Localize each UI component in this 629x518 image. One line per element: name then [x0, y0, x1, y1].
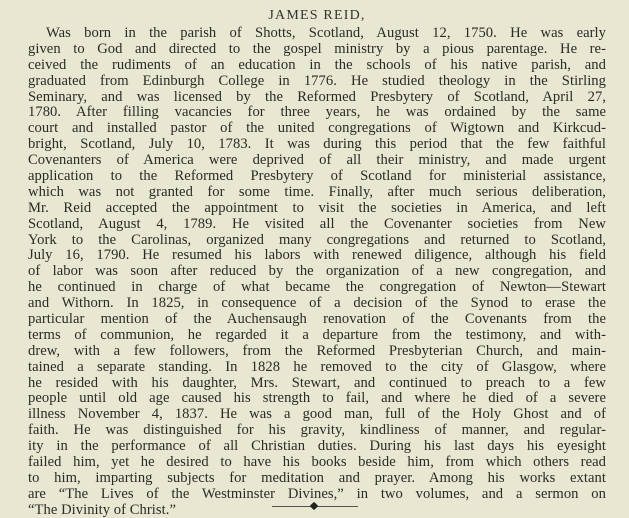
text-line: Covenanters of America were deprived of …: [28, 153, 606, 169]
text-line: 1780. After filling vacancies for three …: [28, 105, 606, 121]
text-line: ceived the rudiments of an education in …: [28, 58, 606, 74]
text-line: July 16, 1790. He resumed his labors wit…: [28, 248, 606, 264]
text-line: faith. He was distinguished for his grav…: [28, 423, 606, 439]
text-line: drew, with a few followers, from the Ref…: [28, 344, 606, 360]
section-divider-ornament: [272, 503, 358, 509]
text-line: particular mention of the Auchensaugh re…: [28, 312, 606, 328]
entry-title: JAMES REID,: [28, 0, 606, 26]
text-line: and Withorn. In 1825, in consequence of …: [28, 296, 606, 312]
text-line: court and installed pastor of the united…: [28, 121, 606, 137]
text-line: bright, Scotland, July 10, 1783. It was …: [28, 137, 606, 153]
text-line: York to the Carolinas, organized many co…: [28, 233, 606, 249]
text-line: Scotland, August 4, 1789. He visited all…: [28, 217, 606, 233]
diamond-icon: [310, 502, 318, 510]
text-line: Seminary, and was licensed by the Reform…: [28, 90, 606, 106]
text-line: graduated from Edinburgh College in 1776…: [28, 74, 606, 90]
text-line: illness November 4, 1837. He was a good …: [28, 407, 606, 423]
text-line: ity in the performance of all Christian …: [28, 439, 606, 455]
text-line: failed him, yet he desired to have his b…: [28, 455, 606, 471]
text-line: Mr. Reid accepted the appointment to vis…: [28, 201, 606, 217]
text-line: which was not granted for some time. Fin…: [28, 185, 606, 201]
text-line: to him, imparting subjects for meditatio…: [28, 471, 606, 487]
text-line: application to the Reformed Presbytery o…: [28, 169, 606, 185]
text-line: Was born in the parish of Shotts, Scotla…: [28, 26, 606, 42]
text-line: he continued in charge of what became th…: [28, 280, 606, 296]
text-line: people until old age caused his strength…: [28, 391, 606, 407]
biography-body: Was born in the parish of Shotts, Scotla…: [28, 26, 606, 518]
text-line: are “The Lives of the Westminster Divine…: [28, 487, 606, 503]
text-line: tained a separate standing. In 1828 he r…: [28, 360, 606, 376]
text-line: he resided with his daughter, Mrs. Stewa…: [28, 376, 606, 392]
text-line: terms of communion, he regarded it a dep…: [28, 328, 606, 344]
text-line: of labor was soon after reduced by the o…: [28, 264, 606, 280]
text-line: given to God and directed to the gospel …: [28, 42, 606, 58]
biography-page: JAMES REID, Was born in the parish of Sh…: [28, 0, 606, 518]
